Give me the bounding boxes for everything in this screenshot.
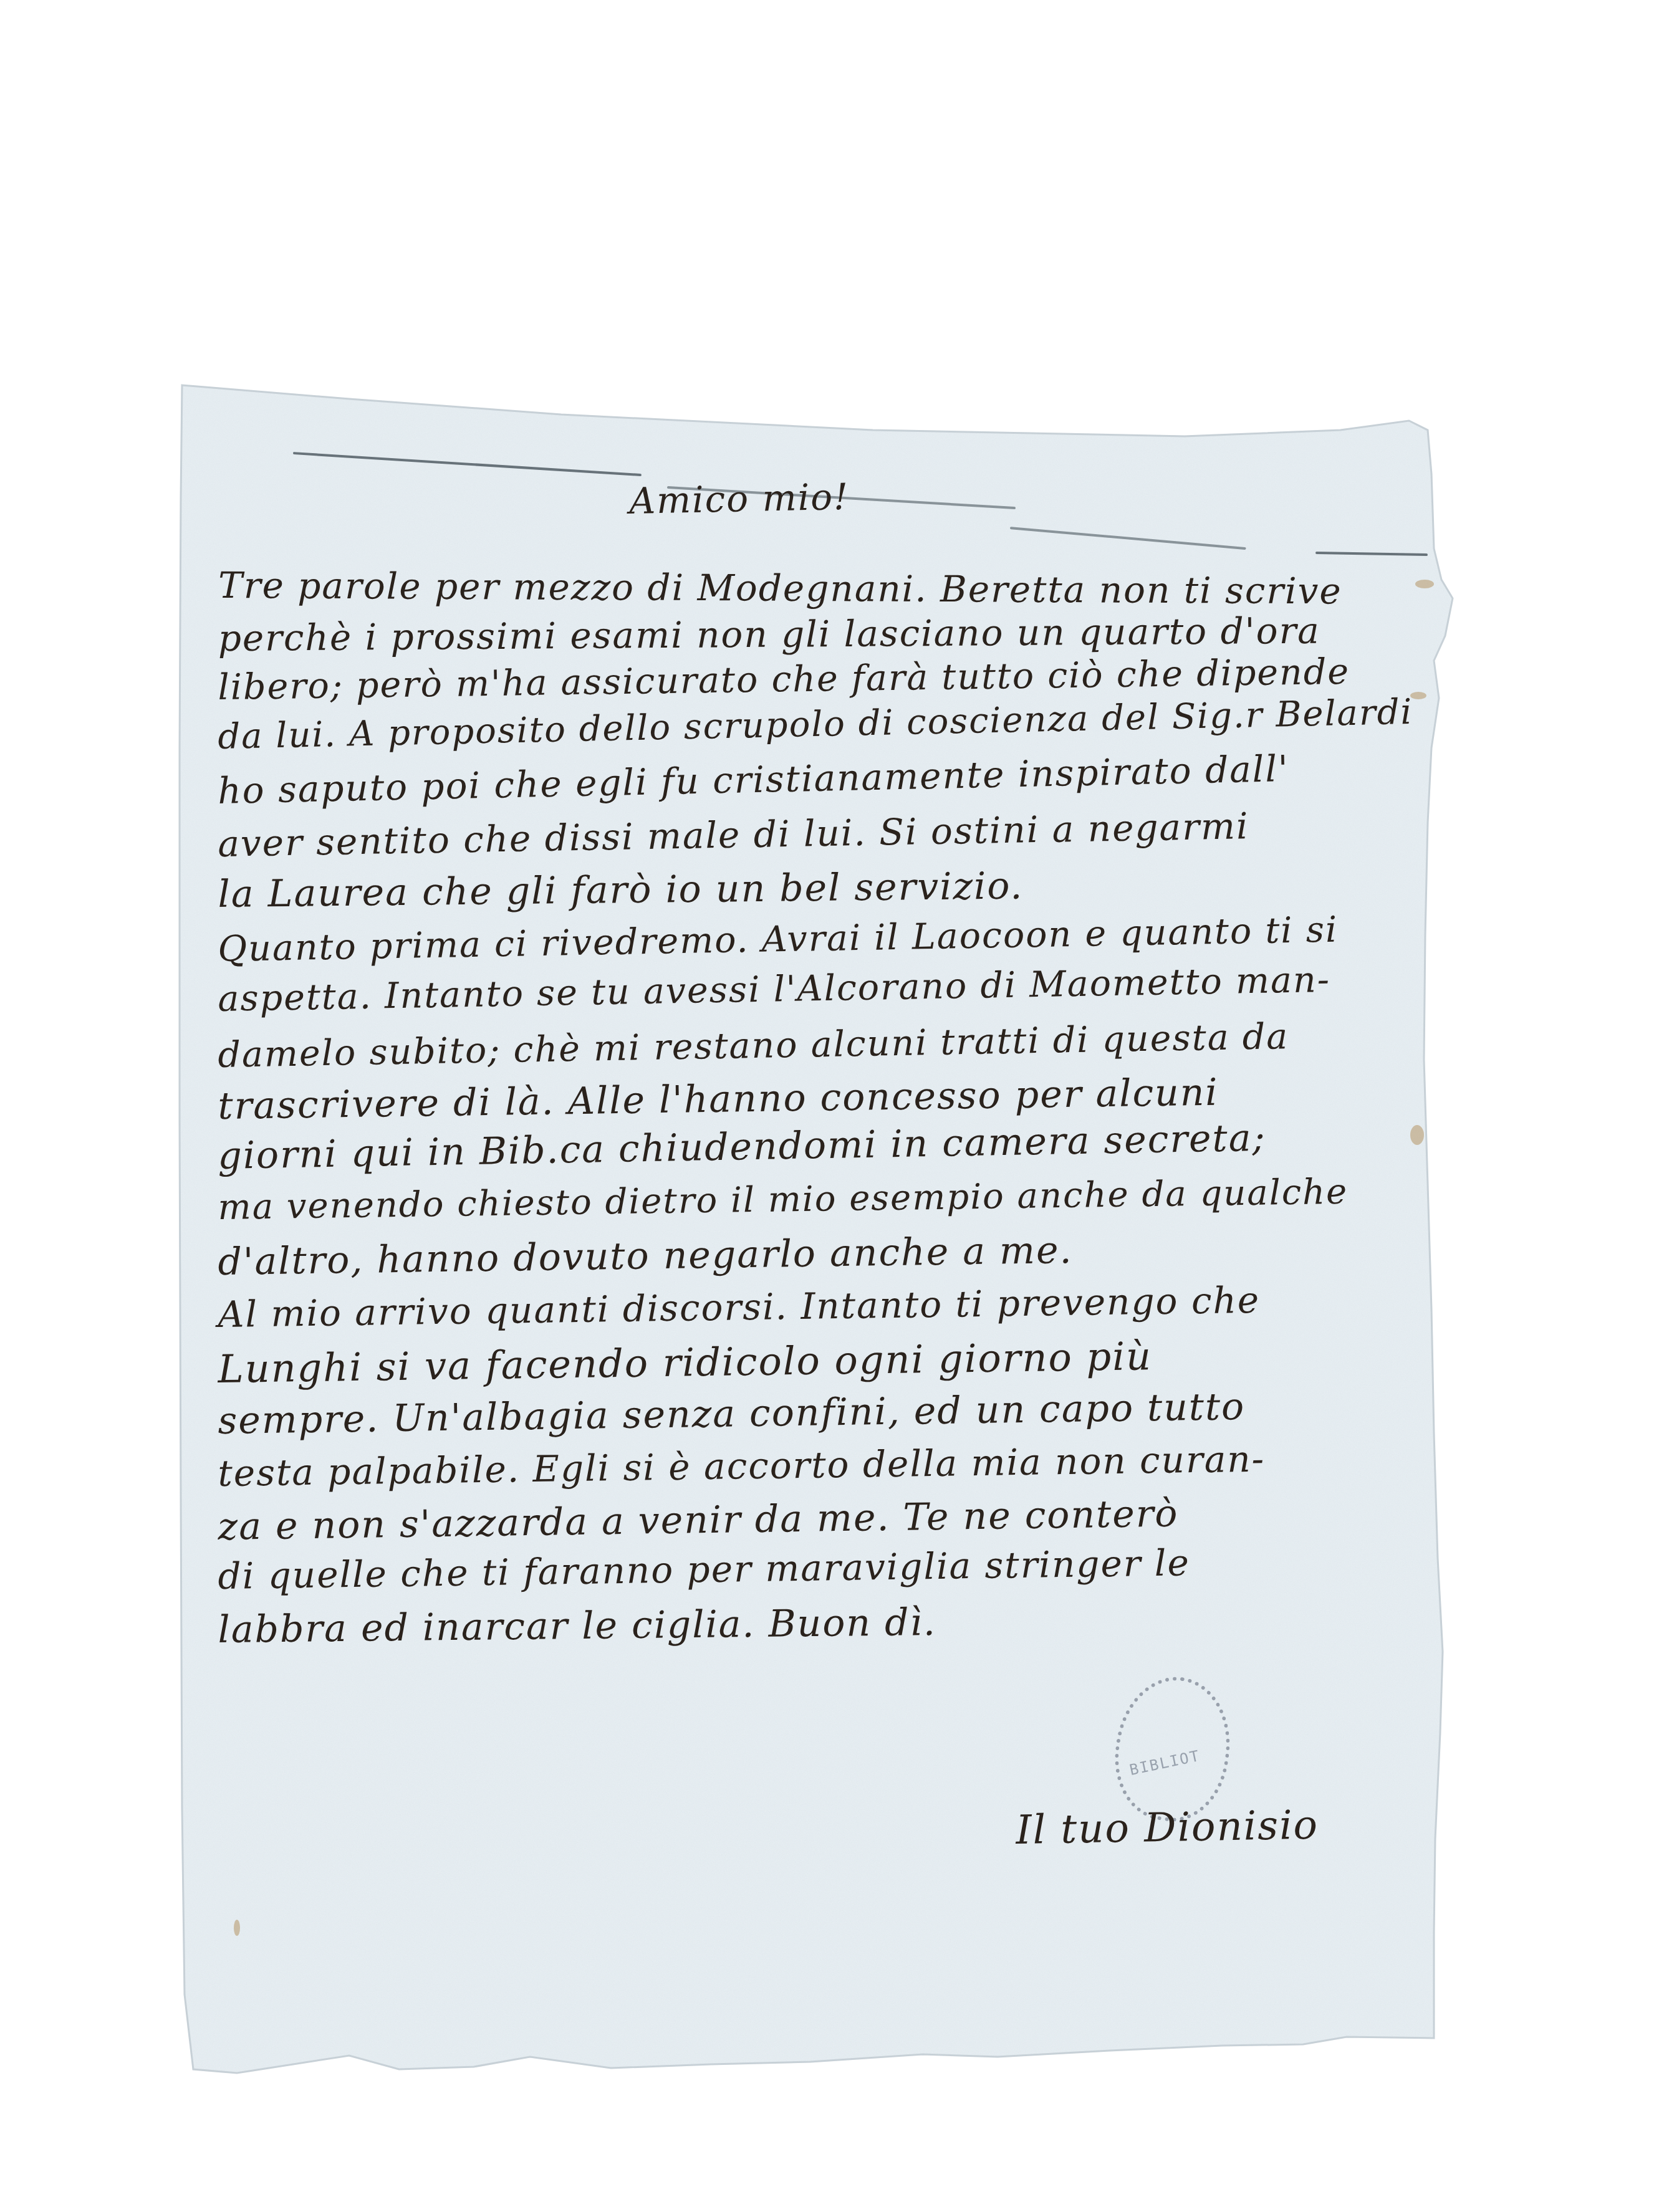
letter-salutation: Amico mio!	[629, 476, 850, 522]
paper-stain	[234, 1920, 240, 1936]
letter-line: Tre parole per mezzo di Modegnani. Beret…	[218, 564, 1342, 612]
letter-line: perchè i prossimi esami non gli lasciano…	[218, 610, 1321, 659]
letter-line: la Laurea che gli farò io un bel servizi…	[218, 864, 1023, 916]
letter-signature: Il tuo Dionisio	[1016, 1803, 1319, 1854]
letter-sheet: Amico mio! Tre parole per mezzo di Modeg…	[0, 0, 1659, 2212]
letter-line: labbra ed inarcar le ciglia. Buon dì.	[218, 1601, 936, 1652]
paper-stain	[1410, 1125, 1424, 1145]
stamp-text: BIBLIOT	[1128, 1747, 1201, 1779]
paper-stain	[1415, 580, 1434, 588]
